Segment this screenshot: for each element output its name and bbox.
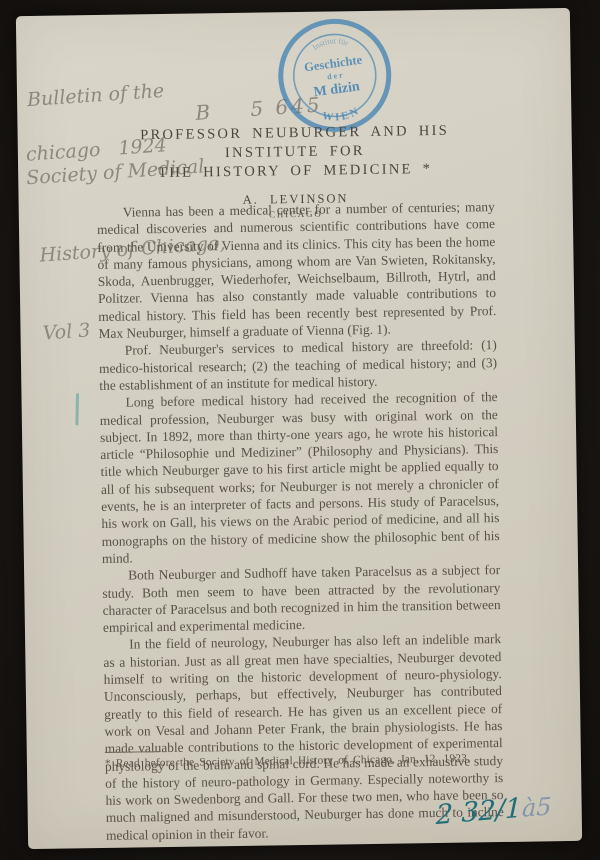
stamp-text-medizin: M dizin bbox=[313, 79, 361, 100]
paragraph-3: Long before medical history had received… bbox=[99, 388, 500, 567]
scan-background: Bulletin of the Society of Medical Histo… bbox=[0, 0, 600, 860]
svg-text:Institut für: Institut für bbox=[310, 34, 351, 53]
stamp-text-der: d e r bbox=[327, 70, 344, 81]
shelf-mark-main: 2 32/1 bbox=[436, 793, 523, 831]
shelf-mark-faint: à5 bbox=[522, 792, 552, 823]
stamp-arc-top-text: Institut für bbox=[310, 34, 351, 53]
margin-tick-mark bbox=[75, 393, 79, 425]
document-page: Bulletin of the Society of Medical Histo… bbox=[16, 8, 582, 849]
handwriting-line: Bulletin of the bbox=[26, 74, 216, 113]
paragraph-1: Vienna has been a medical center for a n… bbox=[97, 198, 497, 342]
paragraph-2: Prof. Neuburger's services to medical hi… bbox=[99, 336, 498, 394]
article-body: Vienna has been a medical center for a n… bbox=[97, 198, 504, 844]
paragraph-4: Both Neuburger and Sudhoff have taken Pa… bbox=[102, 561, 501, 636]
article-title-line1: PROFESSOR NEUBURGER AND HIS INSTITUTE FO… bbox=[96, 121, 495, 165]
